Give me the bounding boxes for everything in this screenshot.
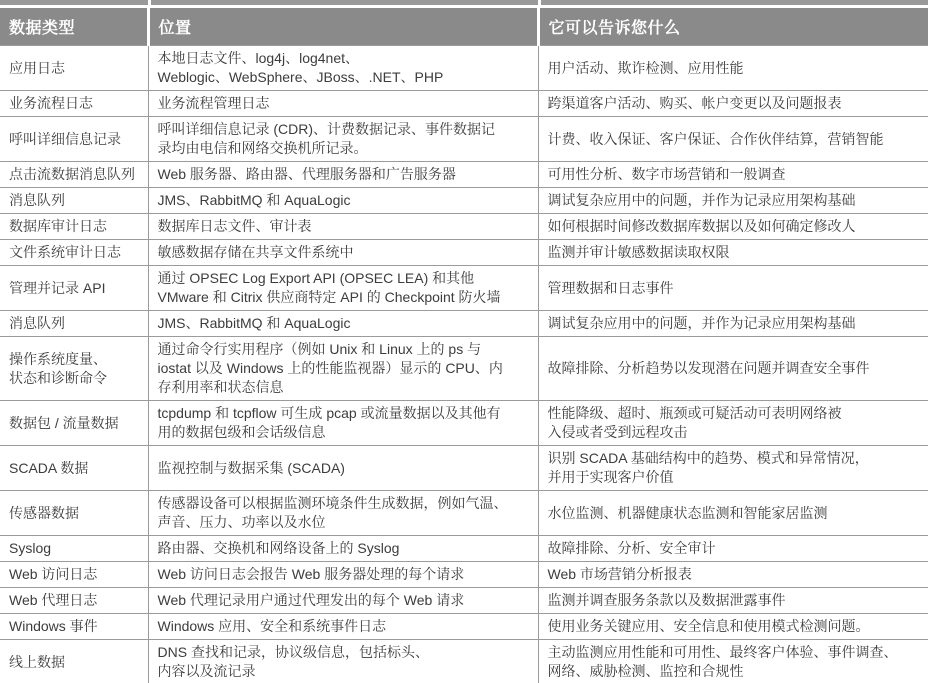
- cell-location: JMS、RabbitMQ 和 AquaLogic: [148, 311, 538, 337]
- cell-tells: 故障排除、分析、安全审计: [538, 536, 928, 562]
- cell-location: 通过 OPSEC Log Export API (OPSEC LEA) 和其他 …: [148, 266, 538, 311]
- cell-datatype: 管理并记录 API: [0, 266, 148, 311]
- cell-location: 监视控制与数据采集 (SCADA): [148, 446, 538, 491]
- cell-location: 传感器设备可以根据监测环境条件生成数据，例如气温、 声音、压力、功率以及水位: [148, 491, 538, 536]
- table-row: 点击流数据消息队列Web 服务器、路由器、代理服务器和广告服务器可用性分析、数字…: [0, 162, 928, 188]
- cell-tells: 主动监测应用性能和可用性、最终客户体验、事件调查、 网络、威胁检测、监控和合规性: [538, 640, 928, 683]
- cell-location: Web 访问日志会报告 Web 服务器处理的每个请求: [148, 562, 538, 588]
- cell-datatype: 数据库审计日志: [0, 214, 148, 240]
- cell-datatype: 数据包 / 流量数据: [0, 401, 148, 446]
- cell-datatype: SCADA 数据: [0, 446, 148, 491]
- cell-tells: 跨渠道客户活动、购买、帐户变更以及问题报表: [538, 91, 928, 117]
- cell-location: Web 代理记录用户通过代理发出的每个 Web 请求: [148, 588, 538, 614]
- table-row: Syslog路由器、交换机和网络设备上的 Syslog故障排除、分析、安全审计: [0, 536, 928, 562]
- cell-location: 敏感数据存储在共享文件系统中: [148, 240, 538, 266]
- cell-location: 通过命令行实用程序（例如 Unix 和 Linux 上的 ps 与 iostat…: [148, 337, 538, 401]
- strip-segment: [0, 0, 148, 5]
- cell-tells: 调试复杂应用中的问题，并作为记录应用架构基础: [538, 188, 928, 214]
- table-row: Windows 事件Windows 应用、安全和系统事件日志使用业务关键应用、安…: [0, 614, 928, 640]
- cropped-row-remnant: [0, 0, 928, 5]
- cell-datatype: Web 代理日志: [0, 588, 148, 614]
- cell-datatype: Web 访问日志: [0, 562, 148, 588]
- column-header-location: 位置: [148, 8, 538, 46]
- cell-datatype: 文件系统审计日志: [0, 240, 148, 266]
- table-row: 消息队列JMS、RabbitMQ 和 AquaLogic调试复杂应用中的问题，并…: [0, 188, 928, 214]
- document-page: 数据类型 位置 它可以告诉您什么 应用日志本地日志文件、log4j、log4ne…: [0, 0, 928, 683]
- table-row: 管理并记录 API通过 OPSEC Log Export API (OPSEC …: [0, 266, 928, 311]
- column-header-tells: 它可以告诉您什么: [538, 8, 928, 46]
- table-row: Web 访问日志Web 访问日志会报告 Web 服务器处理的每个请求Web 市场…: [0, 562, 928, 588]
- cell-tells: 用户活动、欺诈检测、应用性能: [538, 46, 928, 91]
- cell-datatype: 线上数据: [0, 640, 148, 683]
- cell-datatype: 应用日志: [0, 46, 148, 91]
- cell-location: tcpdump 和 tcpflow 可生成 pcap 或流量数据以及其他有 用的…: [148, 401, 538, 446]
- cell-location: Web 服务器、路由器、代理服务器和广告服务器: [148, 162, 538, 188]
- cell-tells: 监测并调查服务条款以及数据泄露事件: [538, 588, 928, 614]
- table-body: 应用日志本地日志文件、log4j、log4net、 Weblogic、WebSp…: [0, 46, 928, 683]
- table-row: 数据包 / 流量数据tcpdump 和 tcpflow 可生成 pcap 或流量…: [0, 401, 928, 446]
- cell-location: 本地日志文件、log4j、log4net、 Weblogic、WebSphere…: [148, 46, 538, 91]
- strip-segment: [541, 0, 928, 5]
- table-row: 线上数据DNS 查找和记录，协议级信息，包括标头、 内容以及流记录主动监测应用性…: [0, 640, 928, 683]
- table-row: SCADA 数据监视控制与数据采集 (SCADA)识别 SCADA 基础结构中的…: [0, 446, 928, 491]
- cell-tells: Web 市场营销分析报表: [538, 562, 928, 588]
- table-header-row: 数据类型 位置 它可以告诉您什么: [0, 8, 928, 46]
- table-row: 传感器数据传感器设备可以根据监测环境条件生成数据，例如气温、 声音、压力、功率以…: [0, 491, 928, 536]
- cell-datatype: Syslog: [0, 536, 148, 562]
- cell-tells: 可用性分析、数字市场营销和一般调查: [538, 162, 928, 188]
- cell-tells: 水位监测、机器健康状态监测和智能家居监测: [538, 491, 928, 536]
- table-row: 数据库审计日志数据库日志文件、审计表如何根据时间修改数据库数据以及如何确定修改人: [0, 214, 928, 240]
- table-row: 应用日志本地日志文件、log4j、log4net、 Weblogic、WebSp…: [0, 46, 928, 91]
- cell-datatype: 业务流程日志: [0, 91, 148, 117]
- cell-tells: 调试复杂应用中的问题，并作为记录应用架构基础: [538, 311, 928, 337]
- data-types-table: 数据类型 位置 它可以告诉您什么 应用日志本地日志文件、log4j、log4ne…: [0, 8, 928, 683]
- cell-location: 路由器、交换机和网络设备上的 Syslog: [148, 536, 538, 562]
- table-row: Web 代理日志Web 代理记录用户通过代理发出的每个 Web 请求监测并调查服…: [0, 588, 928, 614]
- cell-datatype: 消息队列: [0, 188, 148, 214]
- cell-tells: 如何根据时间修改数据库数据以及如何确定修改人: [538, 214, 928, 240]
- strip-segment: [151, 0, 538, 5]
- cell-location: JMS、RabbitMQ 和 AquaLogic: [148, 188, 538, 214]
- table-row: 呼叫详细信息记录呼叫详细信息记录 (CDR)、计费数据记录、事件数据记 录均由电…: [0, 117, 928, 162]
- table-row: 操作系统度量、 状态和诊断命令通过命令行实用程序（例如 Unix 和 Linux…: [0, 337, 928, 401]
- table-row: 消息队列JMS、RabbitMQ 和 AquaLogic调试复杂应用中的问题，并…: [0, 311, 928, 337]
- cell-location: 呼叫详细信息记录 (CDR)、计费数据记录、事件数据记 录均由电信和网络交换机所…: [148, 117, 538, 162]
- cell-tells: 识别 SCADA 基础结构中的趋势、模式和异常情况， 并用于实现客户价值: [538, 446, 928, 491]
- table-row: 文件系统审计日志敏感数据存储在共享文件系统中监测并审计敏感数据读取权限: [0, 240, 928, 266]
- cell-tells: 监测并审计敏感数据读取权限: [538, 240, 928, 266]
- cell-location: Windows 应用、安全和系统事件日志: [148, 614, 538, 640]
- cell-datatype: 操作系统度量、 状态和诊断命令: [0, 337, 148, 401]
- cell-datatype: 消息队列: [0, 311, 148, 337]
- cell-tells: 计费、收入保证、客户保证、合作伙伴结算，营销智能: [538, 117, 928, 162]
- cell-datatype: 点击流数据消息队列: [0, 162, 148, 188]
- cell-location: 业务流程管理日志: [148, 91, 538, 117]
- cell-tells: 故障排除、分析趋势以发现潜在问题并调查安全事件: [538, 337, 928, 401]
- cell-datatype: 传感器数据: [0, 491, 148, 536]
- cell-location: DNS 查找和记录，协议级信息，包括标头、 内容以及流记录: [148, 640, 538, 683]
- cell-datatype: Windows 事件: [0, 614, 148, 640]
- cell-tells: 使用业务关键应用、安全信息和使用模式检测问题。: [538, 614, 928, 640]
- cell-tells: 性能降级、超时、瓶颈或可疑活动可表明网络被 入侵或者受到远程攻击: [538, 401, 928, 446]
- cell-location: 数据库日志文件、审计表: [148, 214, 538, 240]
- cell-tells: 管理数据和日志事件: [538, 266, 928, 311]
- table-row: 业务流程日志业务流程管理日志跨渠道客户活动、购买、帐户变更以及问题报表: [0, 91, 928, 117]
- cell-datatype: 呼叫详细信息记录: [0, 117, 148, 162]
- column-header-datatype: 数据类型: [0, 8, 148, 46]
